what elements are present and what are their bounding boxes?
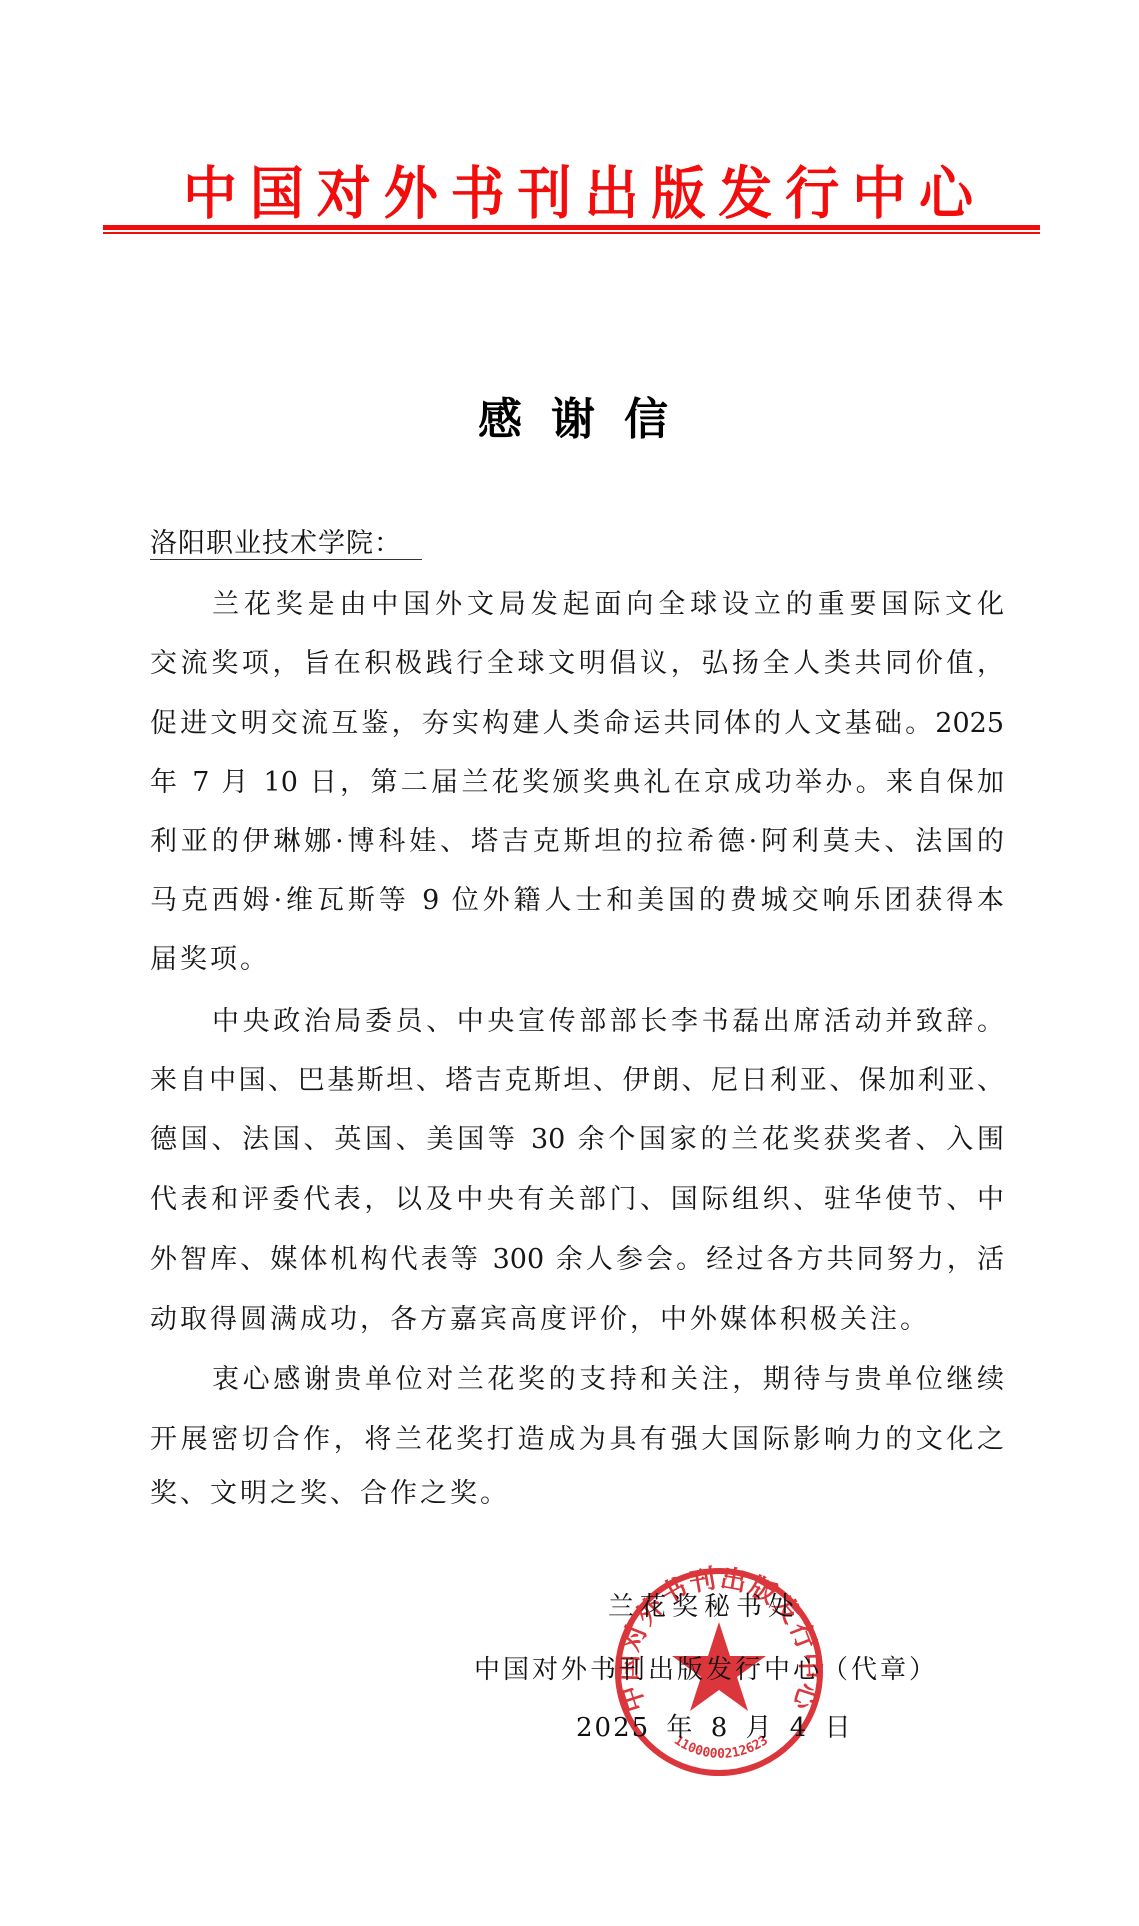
letterhead-char: 对 bbox=[317, 158, 371, 227]
letterhead-org-name: 中 国 对 外 书 刊 出 版 发 行 中 心 bbox=[183, 158, 973, 227]
signature-date: 2025 年 8 月 4 日 bbox=[576, 1711, 853, 1745]
paragraph-line: 代表和评委代表，以及中央有关部门、国际组织、驻华使节、中 bbox=[150, 1182, 1004, 1218]
letterhead-char: 出 bbox=[584, 158, 638, 227]
letterhead-char: 书 bbox=[451, 158, 505, 227]
letterhead-rule-thin bbox=[103, 232, 1040, 234]
letterhead-char: 中 bbox=[183, 158, 237, 227]
paragraph-line: 兰花奖是由中国外文局发起面向全球设立的重要国际文化 bbox=[212, 587, 1004, 623]
paragraph-line: 开展密切合作，将兰花奖打造成为具有强大国际影响力的文化之 bbox=[150, 1422, 1004, 1458]
letterhead-char: 行 bbox=[785, 158, 839, 227]
signature-organization: 中国对外书刊出版发行中心（代章） bbox=[474, 1653, 938, 1687]
paragraph-line: 奖、文明之奖、合作之奖。 bbox=[150, 1476, 1004, 1512]
letterhead-char: 心 bbox=[919, 158, 973, 227]
paragraph-line: 马克西姆·维瓦斯等 9 位外籍人士和美国的费城交响乐团获得本 bbox=[150, 883, 1004, 919]
paragraph-line: 动取得圆满成功，各方嘉宾高度评价，中外媒体积极关注。 bbox=[150, 1302, 1004, 1338]
title-char: 信 bbox=[624, 392, 668, 448]
letterhead-char: 外 bbox=[384, 158, 438, 227]
letterhead-rule-thick bbox=[103, 225, 1040, 230]
paragraph-line: 衷心感谢贵单位对兰花奖的支持和关注，期待与贵单位继续 bbox=[212, 1362, 1004, 1398]
title-char: 感 bbox=[478, 392, 522, 448]
paragraph-line: 利亚的伊琳娜·博科娃、塔吉克斯坦的拉希德·阿利莫夫、法国的 bbox=[150, 824, 1004, 860]
letterhead-char: 中 bbox=[852, 158, 906, 227]
paragraph-line: 届奖项。 bbox=[150, 942, 1004, 978]
letterhead-char: 发 bbox=[718, 158, 772, 227]
paragraph-line: 交流奖项，旨在积极践行全球文明倡议，弘扬全人类共同价值， bbox=[150, 646, 1004, 682]
salutation: 洛阳职业技术学院： bbox=[150, 526, 422, 560]
paragraph-line: 来自中国、巴基斯坦、塔吉克斯坦、伊朗、尼日利亚、保加利亚、 bbox=[150, 1063, 1004, 1099]
paragraph-line: 年 7 月 10 日，第二届兰花奖颁奖典礼在京成功举办。来自保加 bbox=[150, 765, 1004, 801]
document-title: 感 谢 信 bbox=[478, 392, 668, 448]
paragraph-line: 促进文明交流互鉴，夯实构建人类命运共同体的人文基础。2025 bbox=[150, 706, 1004, 742]
signature-office: 兰花奖秘书处 bbox=[608, 1590, 800, 1624]
paragraph-line: 外智库、媒体机构代表等 300 余人参会。经过各方共同努力，活 bbox=[150, 1242, 1004, 1278]
letterhead-char: 国 bbox=[250, 158, 304, 227]
title-char: 谢 bbox=[551, 392, 595, 448]
letterhead-char: 刊 bbox=[518, 158, 572, 227]
letterhead-char: 版 bbox=[651, 158, 705, 227]
paragraph-line: 德国、法国、英国、美国等 30 余个国家的兰花奖获奖者、入围 bbox=[150, 1122, 1004, 1158]
paragraph-line: 中央政治局委员、中央宣传部部长李书磊出席活动并致辞。 bbox=[212, 1004, 1004, 1040]
